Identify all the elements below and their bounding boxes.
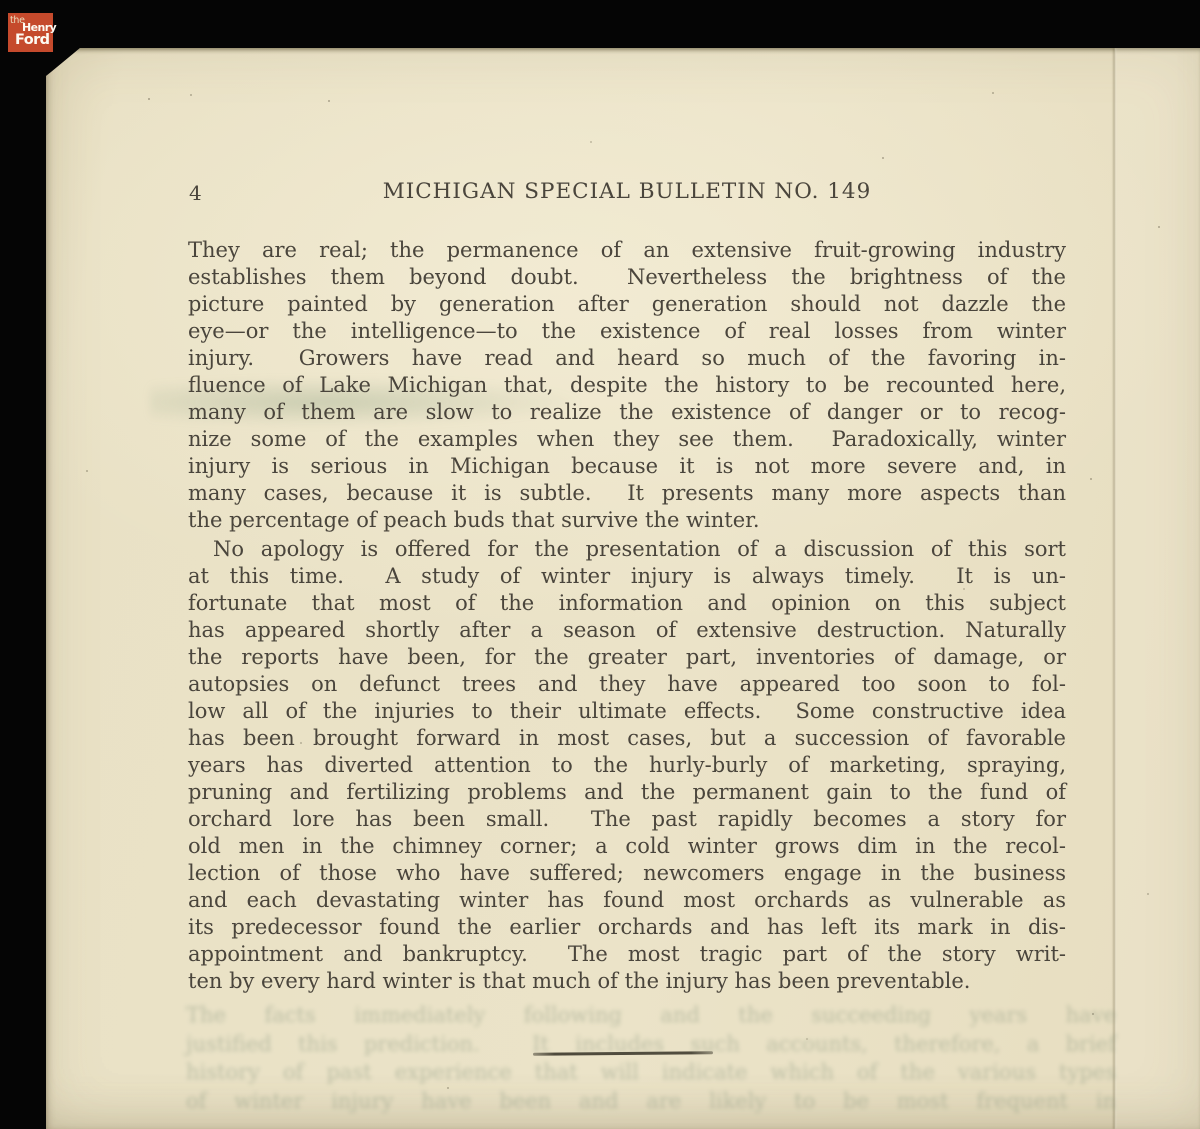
running-title: MICHIGAN SPECIAL BULLETIN NO. 149	[188, 179, 1066, 204]
paper-specks	[148, 98, 150, 100]
text-line: has been brought forward in most cases, …	[188, 725, 1066, 752]
text-line: at this time. A study of winter injury i…	[188, 563, 1066, 590]
text-line: and each devastating winter has found mo…	[188, 887, 1066, 914]
text-line: many of them are slow to realize the exi…	[188, 399, 1066, 426]
text-line: No apology is offered for the presentati…	[188, 536, 1066, 563]
text-line: fluence of Lake Michigan that, despite t…	[188, 372, 1066, 399]
text-line: injury. Growers have read and heard so m…	[188, 345, 1066, 372]
paragraph: They are real; the permanence of an exte…	[188, 237, 1066, 534]
text-line: low all of the injuries to their ultimat…	[188, 698, 1066, 725]
page-fold-line	[1112, 48, 1117, 1129]
text-line: has appeared shortly after a season of e…	[188, 617, 1066, 644]
logo-word-ford: Ford	[15, 33, 49, 48]
page-fold-highlight	[1117, 48, 1200, 1129]
text-line: eye—or the intelligence—to the existence…	[188, 318, 1066, 345]
text-line: many cases, because it is subtle. It pre…	[188, 480, 1066, 507]
page-header: 4 MICHIGAN SPECIAL BULLETIN NO. 149	[188, 179, 1066, 207]
text-line: ten by every hard winter is that much of…	[188, 968, 1066, 995]
text-line: appointment and bankruptcy. The most tra…	[188, 941, 1066, 968]
text-line: pruning and fertilizing problems and the…	[188, 779, 1066, 806]
henry-ford-logo: the Henry Ford	[8, 13, 53, 52]
text-line: its predecessor found the earlier orchar…	[188, 914, 1066, 941]
text-line: the percentage of peach buds that surviv…	[188, 507, 1066, 534]
paragraph: No apology is offered for the presentati…	[188, 536, 1066, 995]
text-line: old men in the chimney corner; a cold wi…	[188, 833, 1066, 860]
text-line: injury is serious in Michigan because it…	[188, 453, 1066, 480]
body-text: They are real; the permanence of an exte…	[188, 237, 1066, 997]
ghost-line: history of past experience that will ind…	[186, 1058, 1116, 1087]
ghost-line: The facts immediately following and the …	[186, 1001, 1116, 1030]
text-line: autopsies on defunct trees and they have…	[188, 671, 1066, 698]
text-line: fortunate that most of the information a…	[188, 590, 1066, 617]
ghost-line: of winter injury have been and are likel…	[186, 1087, 1116, 1116]
text-line: nize some of the examples when they see …	[188, 426, 1066, 453]
text-line: years has diverted attention to the hurl…	[188, 752, 1066, 779]
scanned-book-page: 4 MICHIGAN SPECIAL BULLETIN NO. 149 They…	[46, 48, 1200, 1129]
bleedthrough-text: The facts immediately following and the …	[186, 1001, 1116, 1115]
text-line: picture painted by generation after gene…	[188, 291, 1066, 318]
text-line: establishes them beyond doubt. Neverthel…	[188, 264, 1066, 291]
text-line: orchard lore has been small. The past ra…	[188, 806, 1066, 833]
text-line: the reports have been, for the greater p…	[188, 644, 1066, 671]
text-line: They are real; the permanence of an exte…	[188, 237, 1066, 264]
section-divider-rule	[533, 1051, 713, 1055]
text-line: lection of those who have suffered; newc…	[188, 860, 1066, 887]
